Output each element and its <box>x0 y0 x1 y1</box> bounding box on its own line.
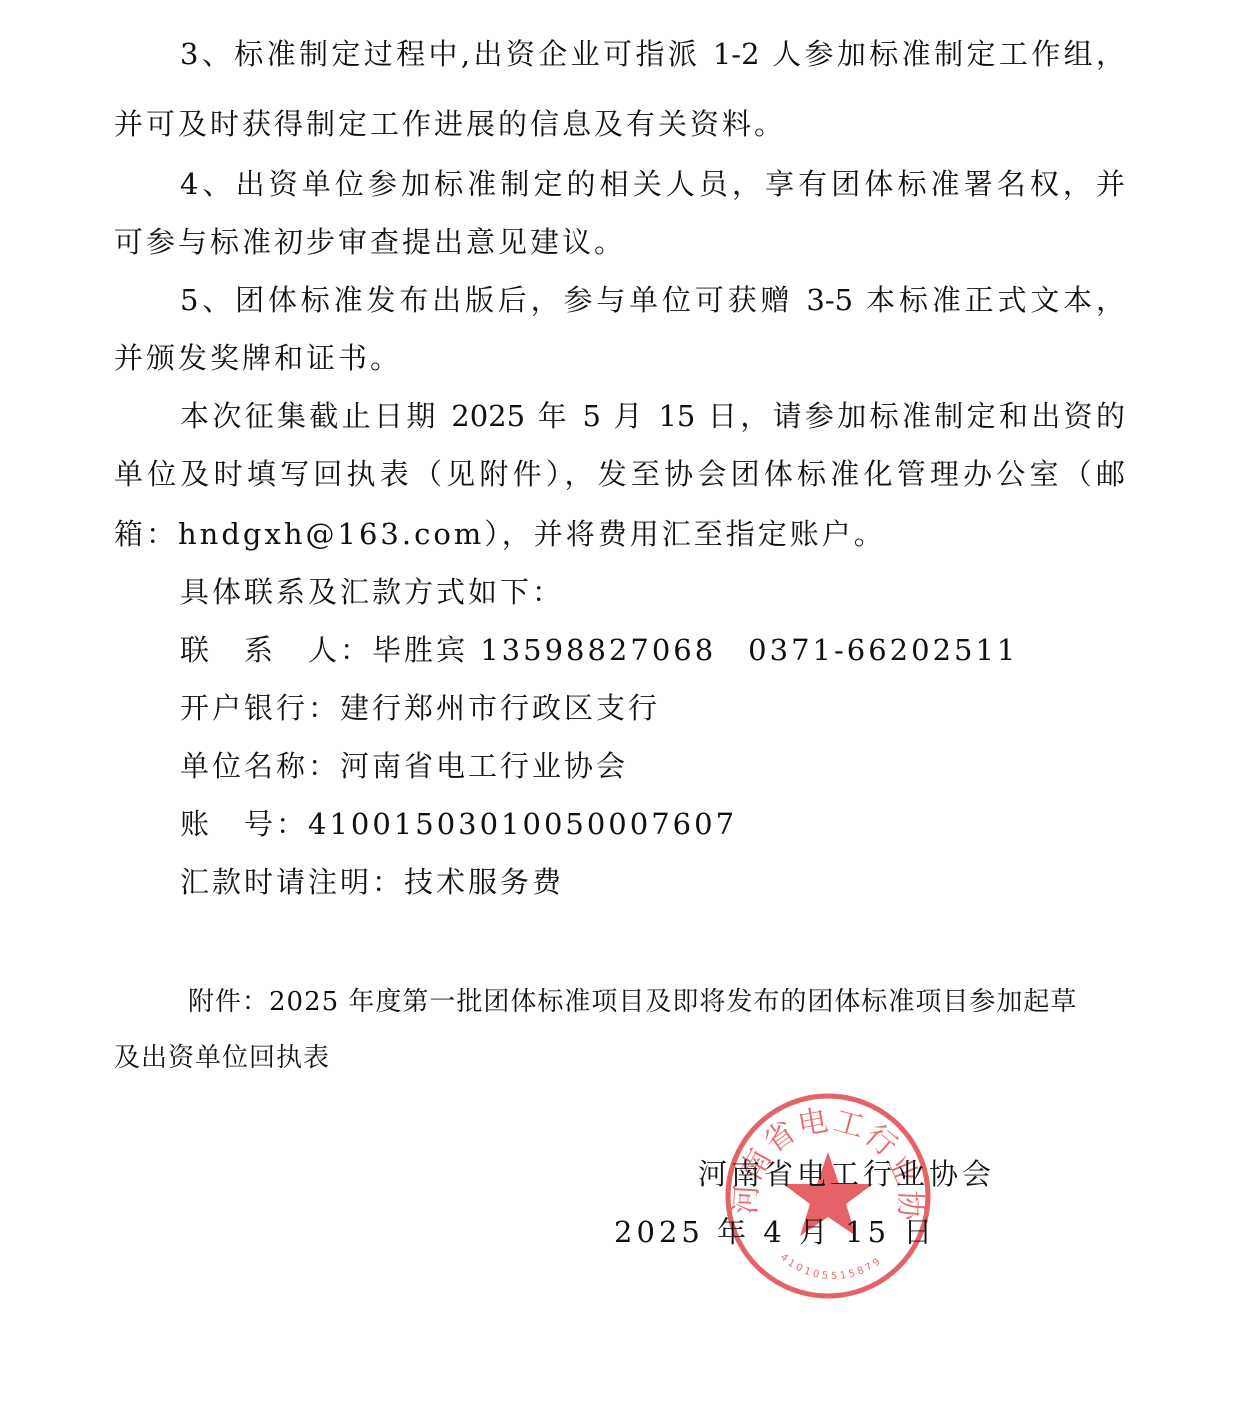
remittance-remark: 汇款时请注明：技术服务费 <box>180 862 564 902</box>
deadline-line-1: 本次征集截止日期 2025 年 5 月 15 日，请参加标准制定和出资的 <box>180 396 1125 436</box>
paragraph-5-line-1: 5、团体标准发布出版后，参与单位可获赠 3-5 本标准正式文本， <box>180 280 1125 320</box>
paragraph-3-line-2: 并可及时获得制定工作进展的信息及有关资料。 <box>114 104 786 144</box>
signature-organization: 河南省电工行业协会 <box>698 1154 995 1194</box>
signature-date: 2025 年 4 月 15 日 <box>614 1212 936 1252</box>
account-number: 账 号：41001503010050007607 <box>180 804 737 844</box>
paragraph-5-line-2: 并颁发奖牌和证书。 <box>114 338 402 378</box>
unit-name: 单位名称：河南省电工行业协会 <box>180 746 628 786</box>
paragraph-4-line-1: 4、出资单位参加标准制定的相关人员，享有团体标准署名权，并 <box>180 164 1125 204</box>
attachment-line-2: 及出资单位回执表 <box>114 1038 330 1078</box>
deadline-line-2: 单位及时填写回执表（见附件），发至协会团体标准化管理办公室（邮 <box>114 454 1125 494</box>
contact-person: 联 系 人：毕胜宾 13598827068 0371-66202511 <box>180 630 1018 670</box>
bank-name: 开户银行：建行郑州市行政区支行 <box>180 688 660 728</box>
official-seal-icon: 河南省电工行业协会 4101055158793 <box>722 1090 934 1302</box>
paragraph-4-line-2: 可参与标准初步审查提出意见建议。 <box>114 222 626 262</box>
deadline-line-3: 箱：hndgxh@163.com），并将费用汇至指定账户。 <box>114 514 886 554</box>
attachment-line-1: 附件：2025 年度第一批团体标准项目及即将发布的团体标准项目参加起草 <box>188 982 1077 1022</box>
paragraph-3-line-1: 3、标准制定过程中,出资企业可指派 1-2 人参加标准制定工作组， <box>180 34 1125 74</box>
contact-intro: 具体联系及汇款方式如下： <box>180 572 564 612</box>
